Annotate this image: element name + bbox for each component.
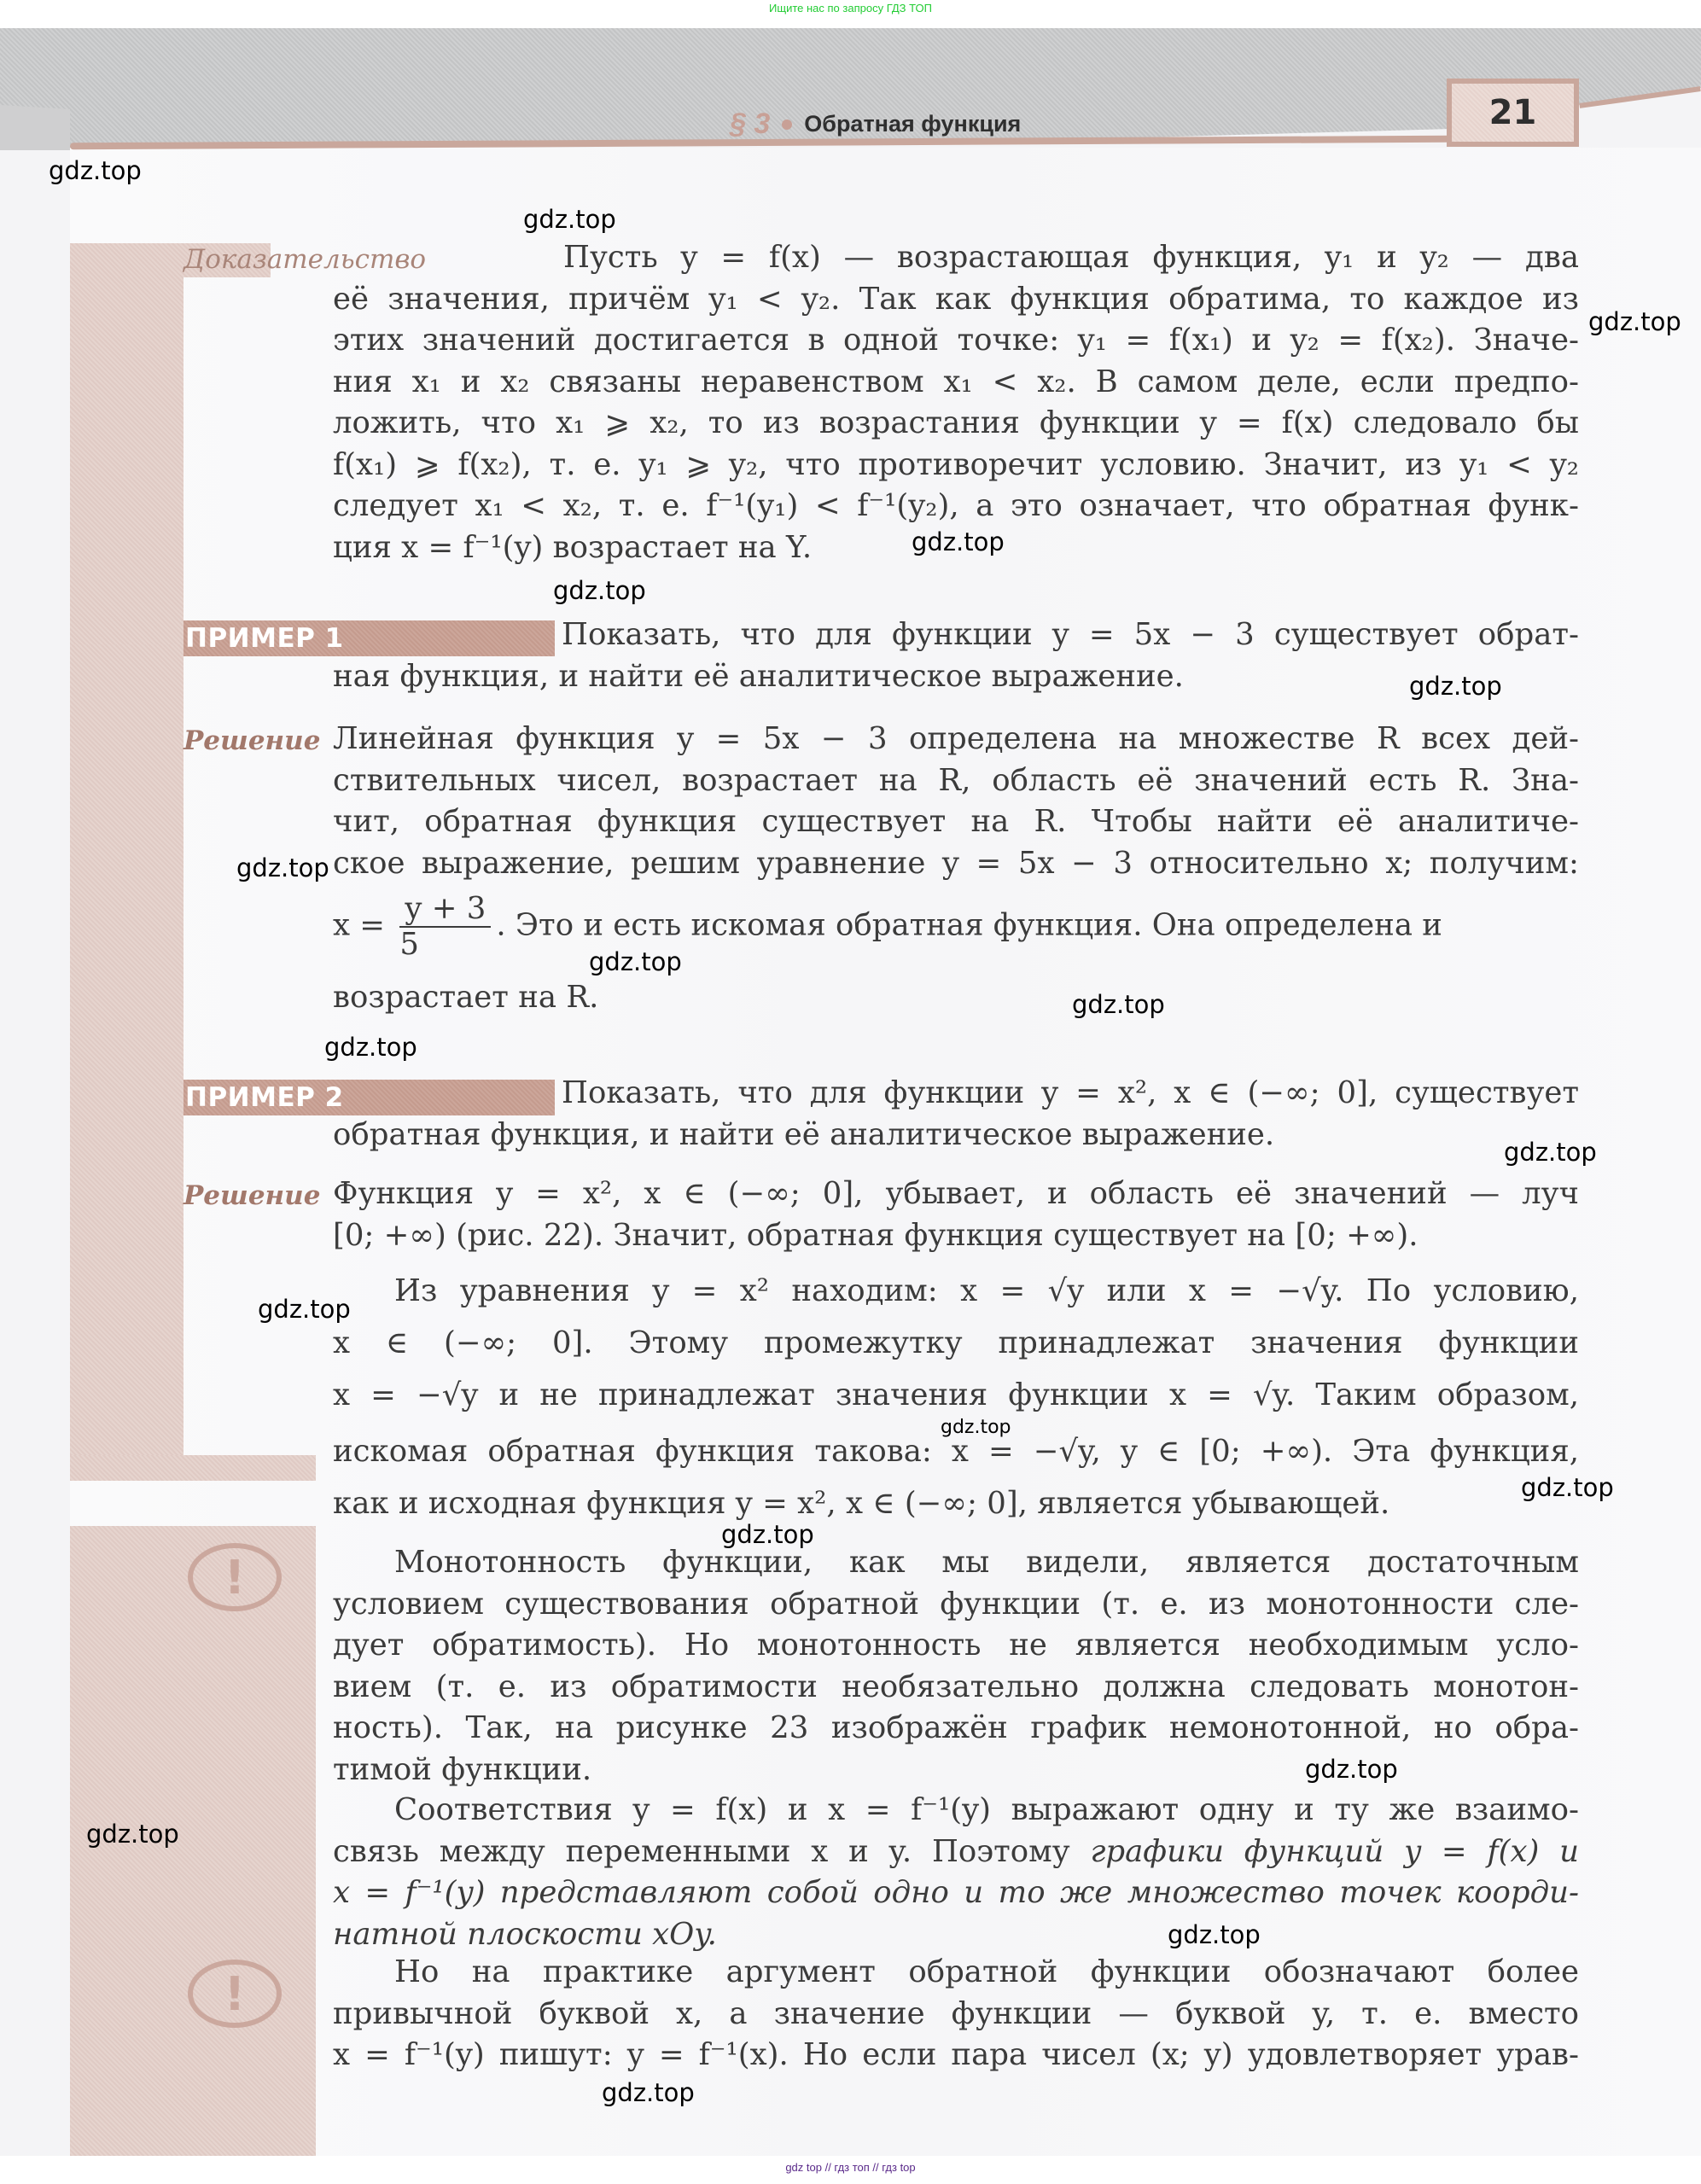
text-line: её значения, причём y₁ < y₂. Так как фун…	[333, 279, 1579, 321]
text-line: условием существования обратной функции …	[333, 1584, 1579, 1626]
text-line: натной плоскости xOy.	[333, 1914, 1579, 1956]
text-line: Показать, что для функции y = 5x − 3 сущ…	[333, 614, 1579, 656]
text-span: связь между переменными x и y. Поэтому	[333, 1834, 1090, 1869]
fraction-denominator: 5	[399, 928, 491, 962]
watermark: gdz.top	[1521, 1473, 1614, 1502]
fraction: y + 3 5	[399, 892, 491, 962]
text-line: Монотонность функции, как мы видели, явл…	[333, 1542, 1579, 1584]
text-line: обратная функция, и найти её аналитическ…	[333, 1115, 1579, 1156]
search-banner[interactable]: Ищите нас по запросу ГДЗ ТОП	[0, 2, 1701, 15]
text-line: ность). Так, на рисунке 23 изображён гра…	[333, 1708, 1579, 1750]
watermark: gdz.top	[1072, 990, 1165, 1019]
text-line: привычной буквой x, а значение функции —…	[333, 1994, 1579, 2035]
text-line: ния x₁ и x₂ связаны неравенством x₁ < x₂…	[333, 362, 1579, 404]
watermark: gdz.top	[258, 1295, 351, 1324]
text-line: ная функция, и найти её аналитическое вы…	[333, 656, 1579, 698]
example-1-formula: x = y + 3 5 . Это и есть искомая обратна…	[333, 892, 1579, 962]
example-1-task: Показать, что для функции y = 5x − 3 сущ…	[333, 614, 1579, 697]
watermark: gdz.top	[1588, 307, 1681, 336]
text-line: x = f⁻¹(y) представляют собой одно и то …	[333, 1872, 1579, 1914]
margin-strip	[70, 277, 183, 644]
example-1-solution: Линейная функция y = 5x − 3 определена н…	[333, 719, 1579, 884]
watermark: gdz.top	[1504, 1138, 1597, 1167]
text-line: дует обратимость). Но монотонность не яв…	[333, 1625, 1579, 1667]
watermark: gdz.top	[1409, 672, 1502, 701]
watermark: gdz.top	[236, 853, 329, 882]
watermark: gdz.top	[1305, 1755, 1398, 1784]
text-line: связь между переменными x и y. Поэтому г…	[333, 1832, 1579, 1873]
watermark: gdz.top	[602, 2078, 695, 2107]
text-line: Пусть y = f(x) — возрастающая функция, y…	[333, 237, 1579, 279]
proof-text: Пусть y = f(x) — возрастающая функция, y…	[333, 237, 1579, 568]
text-line: этих значений достигается в одной точке:…	[333, 320, 1579, 362]
fraction-numerator: y + 3	[399, 892, 491, 928]
exclamation-icon: !	[188, 1543, 282, 1611]
watermark: gdz.top	[721, 1520, 814, 1549]
example-2-paragraph: Из уравнения y = x² находим: x = √y или …	[333, 1265, 1579, 1525]
watermark: gdz.top	[523, 205, 616, 234]
text-line: [0; +∞) (рис. 22). Значит, обратная функ…	[333, 1215, 1579, 1257]
chapter-title: Обратная функция	[804, 111, 1021, 137]
text-line: x ∈ (−∞; 0]. Этому промежутку принадлежа…	[333, 1317, 1579, 1369]
text-line: x = f⁻¹(y) пишут: y = f⁻¹(x). Но если па…	[333, 2035, 1579, 2076]
text-line: Функция y = x², x ∈ (−∞; 0], убывает, и …	[333, 1174, 1579, 1215]
text-line: как и исходная функция y = x², x ∈ (−∞; …	[333, 1482, 1579, 1525]
chapter-breadcrumb: § 3 Обратная функция	[730, 108, 1021, 141]
section-number: § 3	[730, 108, 770, 141]
watermark: gdz.top	[1168, 1920, 1261, 1949]
correspondence-paragraph: Соответствия y = f(x) и x = f⁻¹(y) выраж…	[333, 1790, 1579, 1955]
text-line: x = −√y и не принадлежат значения функци…	[333, 1369, 1579, 1421]
note-1-text: Монотонность функции, как мы видели, явл…	[333, 1542, 1579, 1791]
text-line: Линейная функция y = 5x − 3 определена н…	[333, 719, 1579, 760]
watermark: gdz.top	[86, 1820, 179, 1849]
text-line: Соответствия y = f(x) и x = f⁻¹(y) выраж…	[333, 1790, 1579, 1832]
text-line: следует x₁ < x₂, т. е. f⁻¹(y₁) < f⁻¹(y₂)…	[333, 486, 1579, 527]
text-line: вием (т. е. из обратимости необязательно…	[333, 1667, 1579, 1709]
example-2-task: Показать, что для функции y = x², x ∈ (−…	[333, 1073, 1579, 1156]
watermark: gdz.top	[912, 527, 1005, 556]
footer-links[interactable]: gdz top // гдз топ // гдз top	[0, 2161, 1701, 2174]
bullet-dot-icon	[782, 119, 792, 130]
watermark: gdz.top	[553, 576, 646, 605]
margin-strip	[70, 644, 183, 1455]
watermark: gdz.top	[941, 1417, 1011, 1438]
example-2-solution: Функция y = x², x ∈ (−∞; 0], убывает, и …	[333, 1174, 1579, 1256]
example-1-last: возрастает на R.	[333, 977, 1579, 1019]
page-number: 21	[1447, 79, 1579, 147]
watermark: gdz.top	[49, 156, 142, 185]
solution-label: Решение	[183, 725, 320, 756]
text-line: Из уравнения y = x² находим: x = √y или …	[333, 1265, 1579, 1317]
exclamation-icon: !	[188, 1960, 282, 2028]
text-line: f(x₁) ⩾ f(x₂), т. е. y₁ ⩾ y₂, что против…	[333, 445, 1579, 486]
formula-line: x = y + 3 5 . Это и есть искомая обратна…	[333, 892, 1579, 962]
text-line: ложить, что x₁ ⩾ x₂, то из возрастания ф…	[333, 403, 1579, 445]
text-line: Но на практике аргумент обратной функции…	[333, 1952, 1579, 1994]
text-line: ское выражение, решим уравнение y = 5x −…	[333, 843, 1579, 885]
emphasis-span: графики функций y = f(x) и	[1090, 1834, 1579, 1869]
solution-label: Решение	[183, 1180, 320, 1211]
formula-tail: . Это и есть искомая обратная функция. О…	[496, 908, 1442, 943]
margin-strip	[70, 1455, 316, 1481]
watermark: gdz.top	[589, 947, 682, 976]
formula-lhs: x =	[333, 908, 385, 943]
watermark: gdz.top	[324, 1033, 417, 1062]
text-line: чит, обратная функция существует на R. Ч…	[333, 801, 1579, 843]
text-line: Показать, что для функции y = x², x ∈ (−…	[333, 1073, 1579, 1115]
text-line: ствительных чисел, возрастает на R, обла…	[333, 760, 1579, 802]
text-line: возрастает на R.	[333, 977, 1579, 1019]
note-2-text: Но на практике аргумент обратной функции…	[333, 1952, 1579, 2076]
